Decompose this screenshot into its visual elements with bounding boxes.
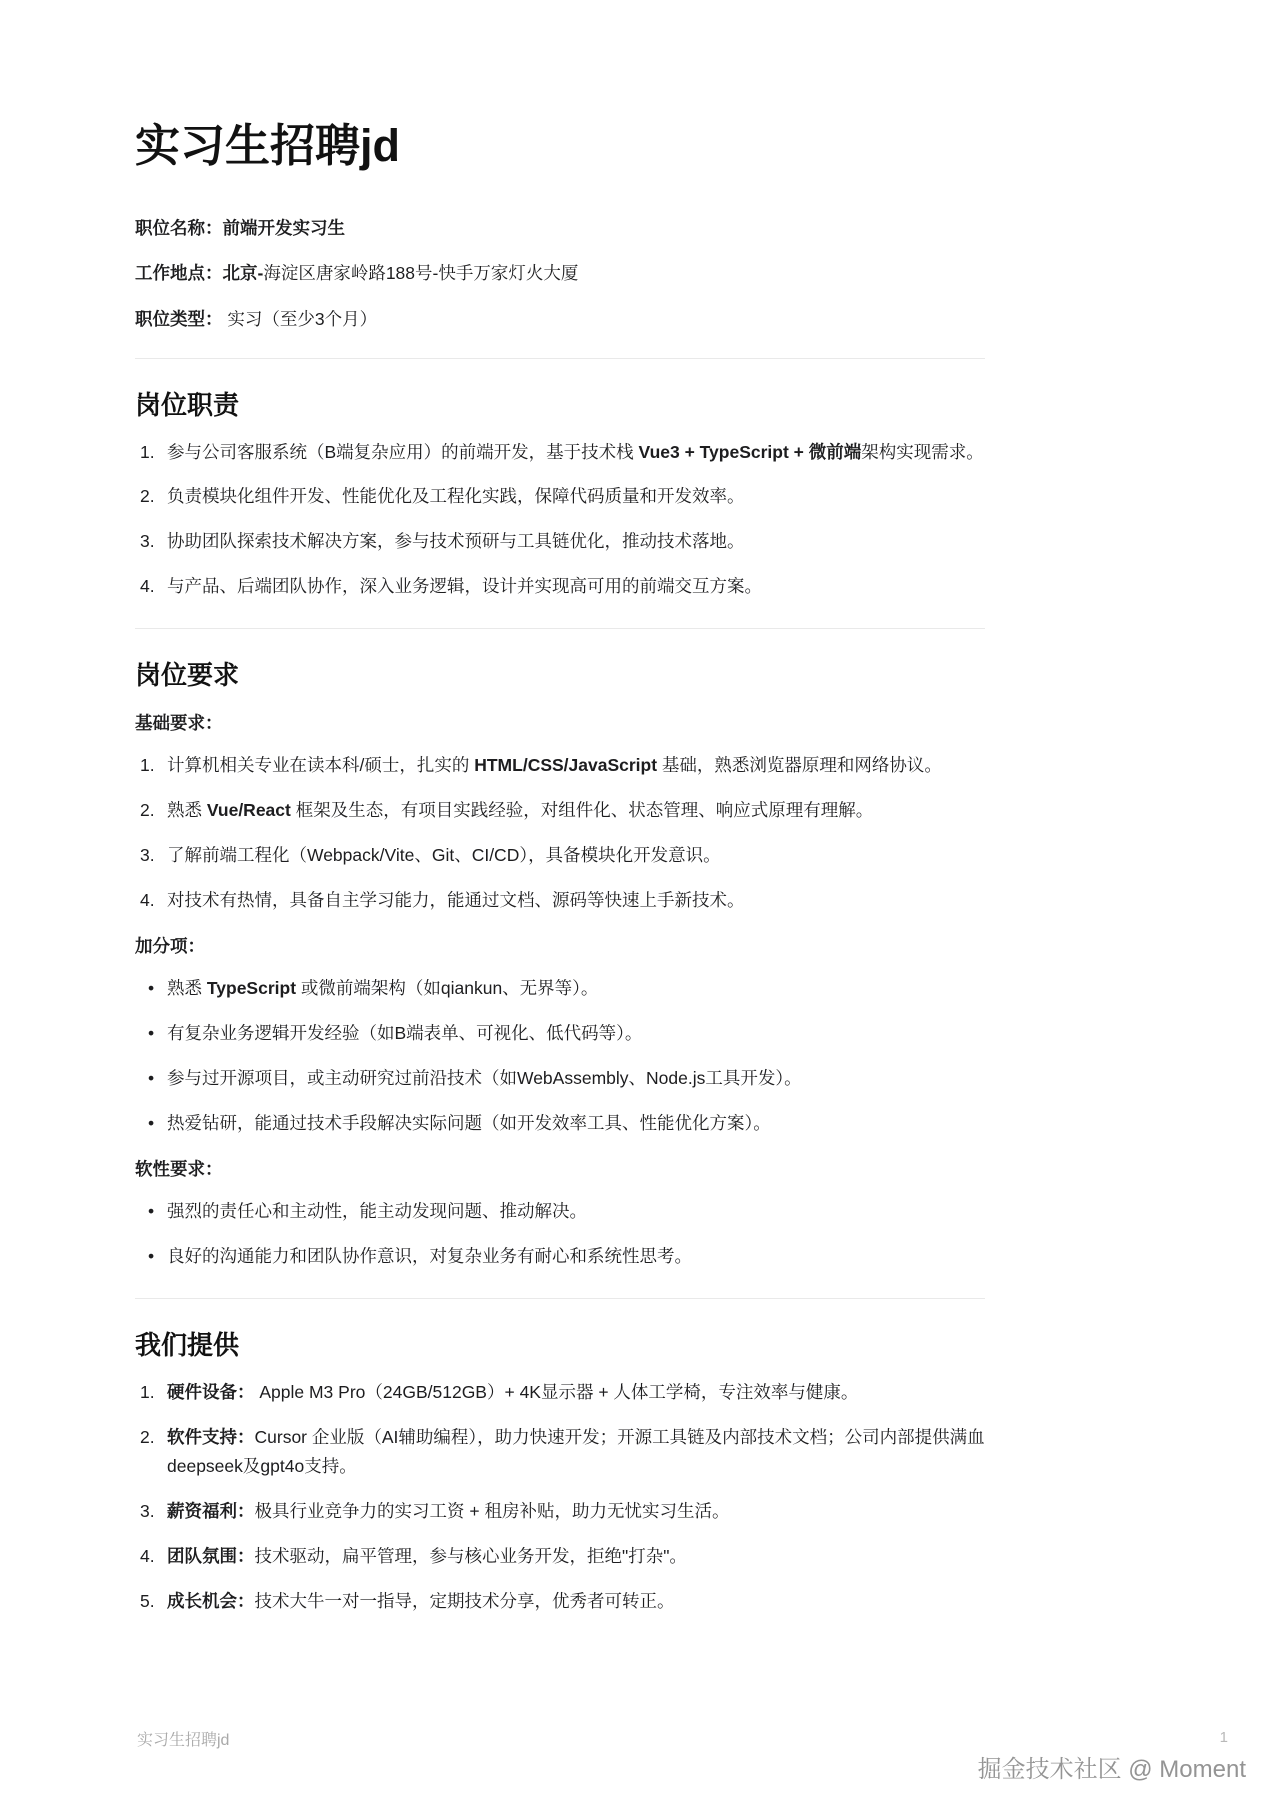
list-item: 熟悉 Vue/React 框架及生态，有项目实践经验，对组件化、状态管理、响应式… [135,796,985,826]
text-segment: 强烈的责任心和主动性，能主动发现问题、推动解决。 [167,1201,587,1221]
section-heading: 岗位职责 [135,389,985,423]
text-segment: 技术驱动，扁平管理，参与核心业务开发，拒绝"打杂"。 [255,1546,687,1566]
text-segment: 极具行业竞争力的实习工资 + 租房补贴，助力无忧实习生活。 [255,1501,730,1521]
text-segment: 框架及生态，有项目实践经验，对组件化、状态管理、响应式原理有理解。 [291,800,873,820]
divider [135,1298,985,1299]
list-item: 薪资福利：极具行业竞争力的实习工资 + 租房补贴，助力无忧实习生活。 [135,1497,985,1527]
list-item: 团队氛围：技术驱动，扁平管理，参与核心业务开发，拒绝"打杂"。 [135,1542,985,1572]
meta-block: 职位名称：前端开发实习生工作地点：北京-海淀区唐家岭路188号-快手万家灯火大厦… [135,216,985,332]
text-segment: 架构实现需求。 [861,442,984,462]
text-segment: 软件支持： [167,1427,255,1447]
list-item: 硬件设备： Apple M3 Pro（24GB/512GB）+ 4K显示器 + … [135,1378,985,1408]
meta-line: 职位名称：前端开发实习生 [135,216,985,241]
ordered-list: 参与公司客服系统（B端复杂应用）的前端开发，基于技术栈 Vue3 + TypeS… [135,438,985,602]
list-item: 参与过开源项目，或主动研究过前沿技术（如WebAssembly、Node.js工… [135,1064,985,1094]
list-item: 与产品、后端团队协作，深入业务逻辑，设计并实现高可用的前端交互方案。 [135,572,985,602]
section-heading: 我们提供 [135,1329,985,1363]
text-segment: Vue3 + TypeScript + 微前端 [639,442,862,462]
text-segment: 技术大牛一对一指导，定期技术分享，优秀者可转正。 [255,1591,675,1611]
text-segment: 薪资福利： [167,1501,255,1521]
divider [135,628,985,629]
list-item: 参与公司客服系统（B端复杂应用）的前端开发，基于技术栈 Vue3 + TypeS… [135,438,985,468]
list-item: 了解前端工程化（Webpack/Vite、Git、CI/CD），具备模块化开发意… [135,841,985,871]
text-segment: 参与公司客服系统（B端复杂应用）的前端开发，基于技术栈 [167,442,639,462]
meta-line: 工作地点：北京-海淀区唐家岭路188号-快手万家灯火大厦 [135,261,985,286]
text-segment: 了解前端工程化（Webpack/Vite、Git、CI/CD），具备模块化开发意… [167,845,721,865]
list-item: 熟悉 TypeScript 或微前端架构（如qiankun、无界等）。 [135,974,985,1004]
text-segment: 职位类型： [135,309,223,329]
list-item: 有复杂业务逻辑开发经验（如B端表单、可视化、低代码等）。 [135,1019,985,1049]
text-segment: Apple M3 Pro（24GB/512GB）+ 4K显示器 + 人体工学椅，… [255,1382,859,1402]
list-item: 协助团队探索技术解决方案，参与技术预研与工具链优化，推动技术落地。 [135,527,985,557]
list-subheading: 基础要求： [135,710,985,735]
text-segment: TypeScript [207,978,296,998]
section-heading: 岗位要求 [135,659,985,693]
text-segment: 有复杂业务逻辑开发经验（如B端表单、可视化、低代码等）。 [167,1023,642,1043]
text-segment: Cursor 企业版（AI辅助编程），助力快速开发；开源工具链及内部技术文档；公… [167,1427,985,1477]
list-item: 强烈的责任心和主动性，能主动发现问题、推动解决。 [135,1197,985,1227]
text-segment: 工作地点：北京- [135,263,263,283]
text-segment: 良好的沟通能力和团队协作意识，对复杂业务有耐心和系统性思考。 [167,1246,692,1266]
bullet-list: 熟悉 TypeScript 或微前端架构（如qiankun、无界等）。有复杂业务… [135,974,985,1138]
ordered-list: 硬件设备： Apple M3 Pro（24GB/512GB）+ 4K显示器 + … [135,1378,985,1617]
text-segment: 熟悉 [167,978,207,998]
list-item: 成长机会：技术大牛一对一指导，定期技术分享，优秀者可转正。 [135,1587,985,1617]
text-segment: 基础，熟悉浏览器原理和网络协议。 [657,755,942,775]
text-segment: 负责模块化组件开发、性能优化及工程化实践，保障代码质量和开发效率。 [167,486,745,506]
text-segment: 对技术有热情，具备自主学习能力，能通过文档、源码等快速上手新技术。 [167,890,745,910]
footer-doc-title: 实习生招聘jd [137,1727,229,1750]
text-segment: 协助团队探索技术解决方案，参与技术预研与工具链优化，推动技术落地。 [167,531,745,551]
list-item: 热爱钻研，能通过技术手段解决实际问题（如开发效率工具、性能优化方案）。 [135,1109,985,1139]
text-segment: HTML/CSS/JavaScript [474,755,657,775]
text-segment: 职位名称：前端开发实习生 [135,218,345,238]
list-item: 负责模块化组件开发、性能优化及工程化实践，保障代码质量和开发效率。 [135,482,985,512]
page-number: 1 [1220,1729,1228,1746]
page-title: 实习生招聘jd [135,120,985,172]
ordered-list: 计算机相关专业在读本科/硕士，扎实的 HTML/CSS/JavaScript 基… [135,751,985,915]
document-page: 实习生招聘jd 职位名称：前端开发实习生工作地点：北京-海淀区唐家岭路188号-… [0,0,1280,1808]
text-segment: Vue/React [207,800,291,820]
text-segment: 计算机相关专业在读本科/硕士，扎实的 [167,755,474,775]
list-item: 对技术有热情，具备自主学习能力，能通过文档、源码等快速上手新技术。 [135,886,985,916]
list-subheading: 软性要求： [135,1156,985,1181]
text-segment: 与产品、后端团队协作，深入业务逻辑，设计并实现高可用的前端交互方案。 [167,576,762,596]
text-segment: 熟悉 [167,800,207,820]
list-subheading: 加分项： [135,933,985,958]
list-item: 计算机相关专业在读本科/硕士，扎实的 HTML/CSS/JavaScript 基… [135,751,985,781]
divider [135,358,985,359]
document-content: 实习生招聘jd 职位名称：前端开发实习生工作地点：北京-海淀区唐家岭路188号-… [0,0,1280,1616]
text-segment: 成长机会： [167,1591,255,1611]
text-segment: 海淀区唐家岭路188号-快手万家灯火大厦 [263,263,578,283]
text-segment: 硬件设备： [167,1382,255,1402]
text-segment: 或微前端架构（如qiankun、无界等）。 [296,978,598,998]
meta-line: 职位类型： 实习（至少3个月） [135,307,985,332]
watermark: 掘金技术社区 @ Moment [978,1749,1246,1784]
text-segment: 团队氛围： [167,1546,255,1566]
text-segment: 实习（至少3个月） [223,309,378,329]
text-segment: 热爱钻研，能通过技术手段解决实际问题（如开发效率工具、性能优化方案）。 [167,1113,771,1133]
text-segment: 参与过开源项目，或主动研究过前沿技术（如WebAssembly、Node.js工… [167,1068,802,1088]
sections-block: 岗位职责参与公司客服系统（B端复杂应用）的前端开发，基于技术栈 Vue3 + T… [135,358,985,1616]
list-item: 良好的沟通能力和团队协作意识，对复杂业务有耐心和系统性思考。 [135,1242,985,1272]
bullet-list: 强烈的责任心和主动性，能主动发现问题、推动解决。良好的沟通能力和团队协作意识，对… [135,1197,985,1272]
list-item: 软件支持：Cursor 企业版（AI辅助编程），助力快速开发；开源工具链及内部技… [135,1423,985,1483]
